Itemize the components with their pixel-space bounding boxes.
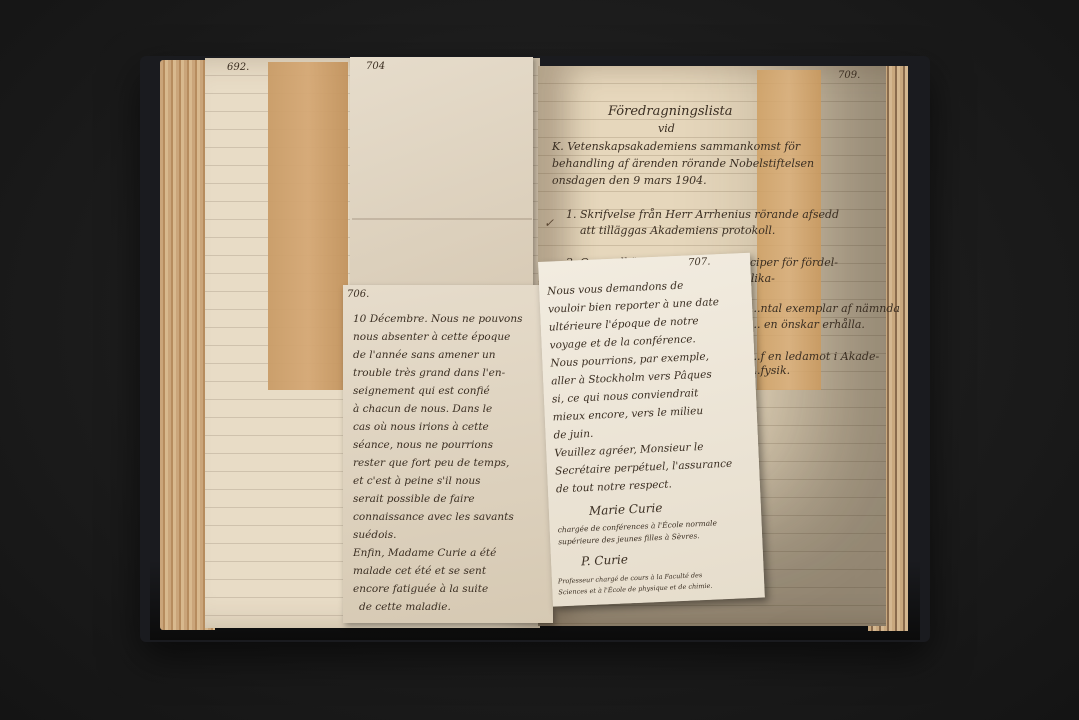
agenda-heading: onsdagen den 9 mars 1904. bbox=[552, 174, 707, 187]
letter-line: voyage et de la conférence. bbox=[549, 333, 696, 351]
letter-line: aller à Stockholm vers Pâques bbox=[551, 369, 712, 388]
letter-line: Veuillez agréer, Monsieur le bbox=[554, 441, 704, 459]
letter-line: ultérieure l'époque de notre bbox=[549, 315, 699, 334]
letter-line: mieux encore, vers le milieu bbox=[553, 405, 704, 424]
letter-line: nous absenter à cette époque bbox=[353, 331, 510, 343]
agenda-item: ... en önskar erhålla. bbox=[750, 318, 865, 331]
letter-line: Enfin, Madame Curie a été bbox=[353, 547, 496, 559]
agenda-subtitle: vid bbox=[658, 122, 675, 135]
letter-page-left: 706. 10 Décembre. Nous ne pouvons nous a… bbox=[343, 285, 553, 623]
agenda-item: ...ntal exemplar af nämnda bbox=[750, 302, 900, 315]
letter-line: trouble très grand dans l'en- bbox=[353, 367, 505, 379]
letter-line: de tout notre respect. bbox=[556, 478, 672, 495]
letter-page-right: 707. Nous vous demandons de vouloir bien… bbox=[538, 253, 765, 607]
signature-pierre-curie: P. Curie bbox=[581, 552, 628, 568]
letter-line: suédois. bbox=[353, 529, 397, 541]
agenda-title: Föredragningslista bbox=[608, 104, 733, 119]
letter-line: 10 Décembre. Nous ne pouvons bbox=[353, 313, 523, 325]
letter-line: cas où nous irions à cette bbox=[353, 421, 489, 433]
agenda-item: 1. Skrifvelse från Herr Arrhenius rörand… bbox=[566, 208, 839, 221]
agenda-item: att tilläggas Akademiens protokoll. bbox=[580, 224, 775, 237]
letter-line: connaissance avec les savants bbox=[353, 511, 514, 523]
page-number: 692. bbox=[227, 62, 249, 73]
agenda-item: ...fysik. bbox=[750, 364, 790, 377]
page-number: 707. bbox=[688, 256, 711, 268]
letter-line: vouloir bien reporter à une date bbox=[548, 296, 719, 315]
fold-crease bbox=[352, 218, 532, 220]
letter-line: rester que fort peu de temps, bbox=[353, 457, 509, 469]
check-mark-icon: ✓ bbox=[544, 216, 554, 230]
letter-line: de cette maladie. bbox=[359, 601, 451, 613]
letter-line: Nous pourrions, par exemple, bbox=[550, 351, 709, 370]
page-number: 704 bbox=[366, 61, 385, 72]
letter-line: serait possible de faire bbox=[353, 493, 475, 505]
signature-title: supérieure des jeunes filles à Sèvres. bbox=[558, 531, 700, 546]
letter-line: de l'année sans amener un bbox=[353, 349, 496, 361]
agenda-heading: K. Vetenskapsakademiens sammankomst för bbox=[552, 140, 800, 153]
letter-line: encore fatiguée à la suite bbox=[353, 583, 488, 595]
page-number: 706. bbox=[347, 289, 369, 300]
letter-line: et c'est à peine s'il nous bbox=[353, 475, 480, 487]
agenda-heading: behandling af ärenden rörande Nobelstift… bbox=[552, 157, 814, 170]
pasted-tape-left bbox=[268, 62, 348, 390]
letter-line: Nous vous demandons de bbox=[547, 280, 684, 298]
folded-letter-sheet: 704 bbox=[350, 57, 533, 292]
letter-line: malade cet été et se sent bbox=[353, 565, 486, 577]
agenda-item: ...f en ledamot i Akade- bbox=[750, 350, 879, 363]
signature-marie-curie: Marie Curie bbox=[589, 501, 663, 518]
letter-line: si, ce qui nous conviendrait bbox=[552, 387, 699, 405]
letter-line: seignement qui est confié bbox=[353, 385, 490, 397]
letter-line: de juin. bbox=[553, 428, 593, 442]
letter-line: à chacun de nous. Dans le bbox=[353, 403, 492, 415]
letter-line: Secrétaire perpétuel, l'assurance bbox=[555, 458, 733, 478]
letter-line: séance, nous ne pourrions bbox=[353, 439, 493, 451]
